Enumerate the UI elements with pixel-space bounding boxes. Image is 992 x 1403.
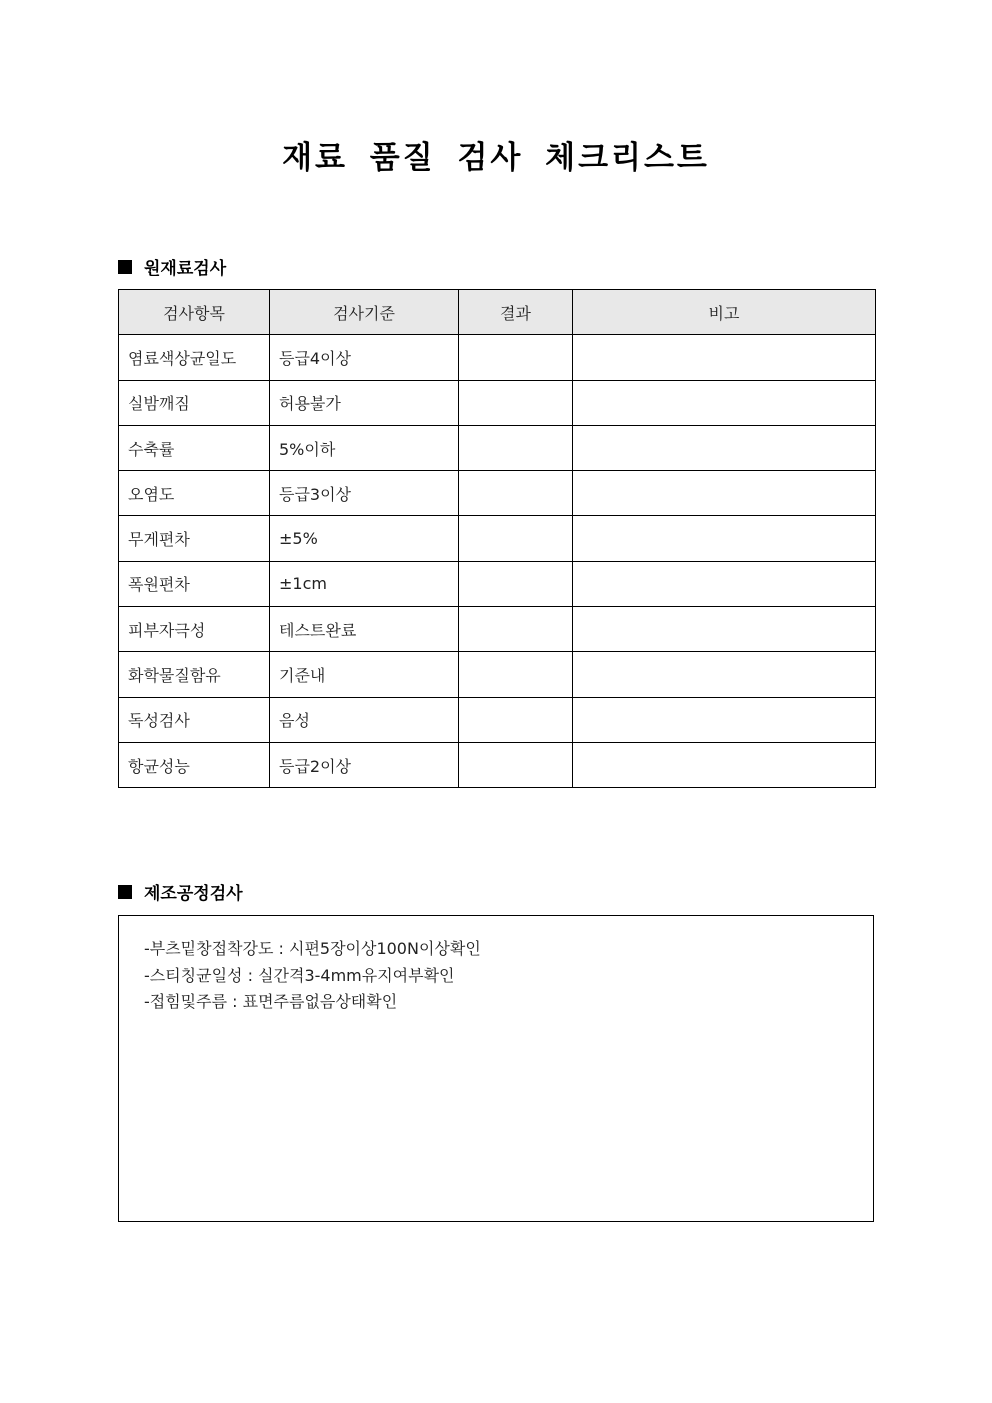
cell-item: 염료색상균일도 — [119, 335, 270, 380]
cell-criteria: 5%이하 — [270, 425, 459, 470]
cell-note[interactable] — [573, 471, 876, 516]
table-row: 오염도 등급3이상 — [119, 471, 876, 516]
cell-item: 화학물질함유 — [119, 652, 270, 697]
table-row: 독성검사 음성 — [119, 697, 876, 742]
cell-criteria: ±1cm — [270, 561, 459, 606]
cell-result[interactable] — [459, 607, 573, 652]
process-item-folds-wrinkles: -접힘및주름 : 표면주름없음상태확인 — [144, 989, 397, 1012]
cell-item: 무게편차 — [119, 516, 270, 561]
cell-note[interactable] — [573, 425, 876, 470]
cell-criteria: 등급3이상 — [270, 471, 459, 516]
table-row: 무게편차 ±5% — [119, 516, 876, 561]
header-criteria: 검사기준 — [270, 290, 459, 335]
process-item-sole-adhesion: -부츠밑창접착강도 : 시편5장이상100N이상확인 — [144, 936, 481, 959]
header-result: 결과 — [459, 290, 573, 335]
cell-note[interactable] — [573, 652, 876, 697]
cell-item: 오염도 — [119, 471, 270, 516]
cell-item: 항균성능 — [119, 742, 270, 787]
table-row: 실밤깨짐 허용불가 — [119, 380, 876, 425]
table-row: 수축률 5%이하 — [119, 425, 876, 470]
table-row: 폭원편차 ±1cm — [119, 561, 876, 606]
section-heading-manufacturing-process: 제조공정검사 — [118, 879, 243, 904]
header-note: 비고 — [573, 290, 876, 335]
section-heading-label: 원재료검사 — [144, 254, 226, 279]
cell-result[interactable] — [459, 561, 573, 606]
cell-criteria: 등급4이상 — [270, 335, 459, 380]
cell-note[interactable] — [573, 516, 876, 561]
document-title: 재료 품질 검사 체크리스트 — [0, 132, 992, 177]
cell-note[interactable] — [573, 380, 876, 425]
table-header-row: 검사항목 검사기준 결과 비고 — [119, 290, 876, 335]
table-row: 화학물질함유 기준내 — [119, 652, 876, 697]
process-inspection-box: -부츠밑창접착강도 : 시편5장이상100N이상확인 -스티칭균일성 : 실간격… — [118, 915, 874, 1222]
table-row: 항균성능 등급2이상 — [119, 742, 876, 787]
cell-item: 수축률 — [119, 425, 270, 470]
cell-result[interactable] — [459, 471, 573, 516]
cell-criteria: ±5% — [270, 516, 459, 561]
cell-result[interactable] — [459, 652, 573, 697]
cell-item: 실밤깨짐 — [119, 380, 270, 425]
cell-criteria: 허용불가 — [270, 380, 459, 425]
cell-note[interactable] — [573, 607, 876, 652]
cell-note[interactable] — [573, 697, 876, 742]
cell-result[interactable] — [459, 516, 573, 561]
cell-criteria: 테스트완료 — [270, 607, 459, 652]
cell-note[interactable] — [573, 561, 876, 606]
raw-material-table: 검사항목 검사기준 결과 비고 염료색상균일도 등급4이상 실밤깨짐 허용불가 … — [118, 289, 876, 788]
process-item-stitching-uniformity: -스티칭균일성 : 실간격3-4mm유지여부확인 — [144, 963, 454, 986]
header-item: 검사항목 — [119, 290, 270, 335]
cell-note[interactable] — [573, 742, 876, 787]
cell-note[interactable] — [573, 335, 876, 380]
square-bullet-icon — [118, 260, 132, 274]
square-bullet-icon — [118, 885, 132, 899]
cell-result[interactable] — [459, 380, 573, 425]
section-heading-label: 제조공정검사 — [144, 879, 243, 904]
cell-result[interactable] — [459, 425, 573, 470]
cell-criteria: 음성 — [270, 697, 459, 742]
cell-criteria: 등급2이상 — [270, 742, 459, 787]
cell-result[interactable] — [459, 742, 573, 787]
table-row: 염료색상균일도 등급4이상 — [119, 335, 876, 380]
table-row: 피부자극성 테스트완료 — [119, 607, 876, 652]
cell-criteria: 기준내 — [270, 652, 459, 697]
cell-result[interactable] — [459, 335, 573, 380]
cell-result[interactable] — [459, 697, 573, 742]
cell-item: 독성검사 — [119, 697, 270, 742]
section-heading-raw-material: 원재료검사 — [118, 254, 226, 279]
cell-item: 폭원편차 — [119, 561, 270, 606]
cell-item: 피부자극성 — [119, 607, 270, 652]
